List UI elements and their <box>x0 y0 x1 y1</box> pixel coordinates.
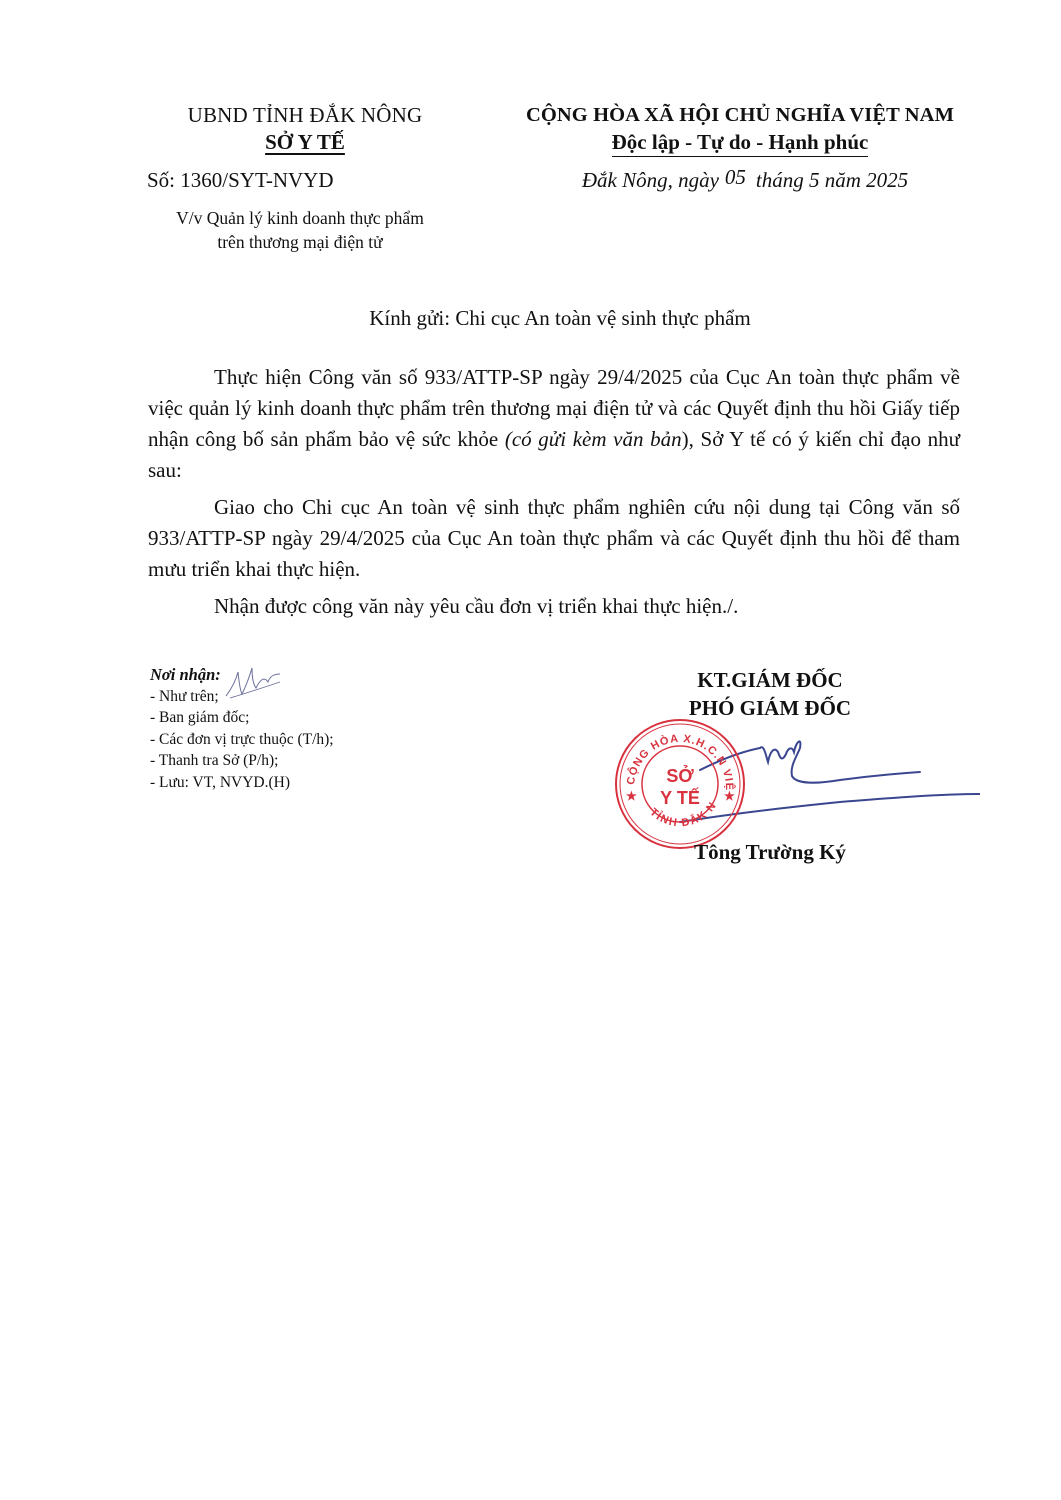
recipients-list: - Như trên; - Ban giám đốc; - Các đơn vị… <box>150 686 334 794</box>
svg-text:SỞ: SỞ <box>666 765 694 786</box>
recipient-item: - Thanh tra Sở (P/h); <box>150 750 334 772</box>
parent-organization: UBND TỈNH ĐẮK NÔNG <box>130 101 480 129</box>
date-day: 05 <box>725 162 746 192</box>
subject-line-1: V/v Quản lý kinh doanh thực phẩm <box>140 206 460 230</box>
official-stamp-icon: CỘNG HÒA X.H.C.N VIỆT NAM TỈNH ĐẮK NÔNG … <box>612 716 748 852</box>
body-paragraph-3: Nhận được công văn này yêu cầu đơn vị tr… <box>148 591 960 622</box>
body-paragraph-2: Giao cho Chi cục An toàn vệ sinh thực ph… <box>148 492 960 585</box>
issuing-authority-block: UBND TỈNH ĐẮK NÔNG SỞ Y TẾ <box>130 101 480 155</box>
svg-text:★: ★ <box>724 789 735 803</box>
signer-authority: KT.GIÁM ĐỐC <box>610 666 930 694</box>
place-date-prefix: Đắk Nông, ngày <box>582 168 719 192</box>
recipient-item: - Các đơn vị trực thuộc (T/h); <box>150 729 334 751</box>
organization-name: SỞ Y TẾ <box>130 129 480 155</box>
body-paragraph-1: Thực hiện Công văn số 933/ATTP-SP ngày 2… <box>148 362 960 486</box>
addressee-line: Kính gửi: Chi cục An toàn vệ sinh thực p… <box>140 303 980 333</box>
svg-text:★: ★ <box>626 789 637 803</box>
signature-block: KT.GIÁM ĐỐC PHÓ GIÁM ĐỐC <box>610 666 930 722</box>
recipient-item: - Lưu: VT, NVYD.(H) <box>150 772 334 794</box>
initial-signature-icon <box>222 660 282 700</box>
attachment-note: (có gửi kèm văn bản <box>505 427 682 451</box>
subject-line-2: trên thương mại điện tử <box>140 230 460 254</box>
signer-name: Tông Trường Ký <box>610 838 930 866</box>
document-subject: V/v Quản lý kinh doanh thực phẩm trên th… <box>140 206 460 254</box>
national-motto: Độc lập - Tự do - Hạnh phúc <box>612 129 869 157</box>
national-heading-block: CỘNG HÒA XÃ HỘI CHỦ NGHĨA VIỆT NAM Độc l… <box>490 101 990 157</box>
place-date-suffix: tháng 5 năm 2025 <box>756 168 908 192</box>
place-and-date: Đắk Nông, ngày05tháng 5 năm 2025 <box>520 165 970 195</box>
document-number: Số: 1360/SYT-NVYD <box>147 166 334 194</box>
recipient-item: - Ban giám đốc; <box>150 707 334 729</box>
document-body: Thực hiện Công văn số 933/ATTP-SP ngày 2… <box>148 362 960 628</box>
svg-text:Y TẾ: Y TẾ <box>660 787 700 808</box>
national-title: CỘNG HÒA XÃ HỘI CHỦ NGHĨA VIỆT NAM <box>490 101 990 129</box>
